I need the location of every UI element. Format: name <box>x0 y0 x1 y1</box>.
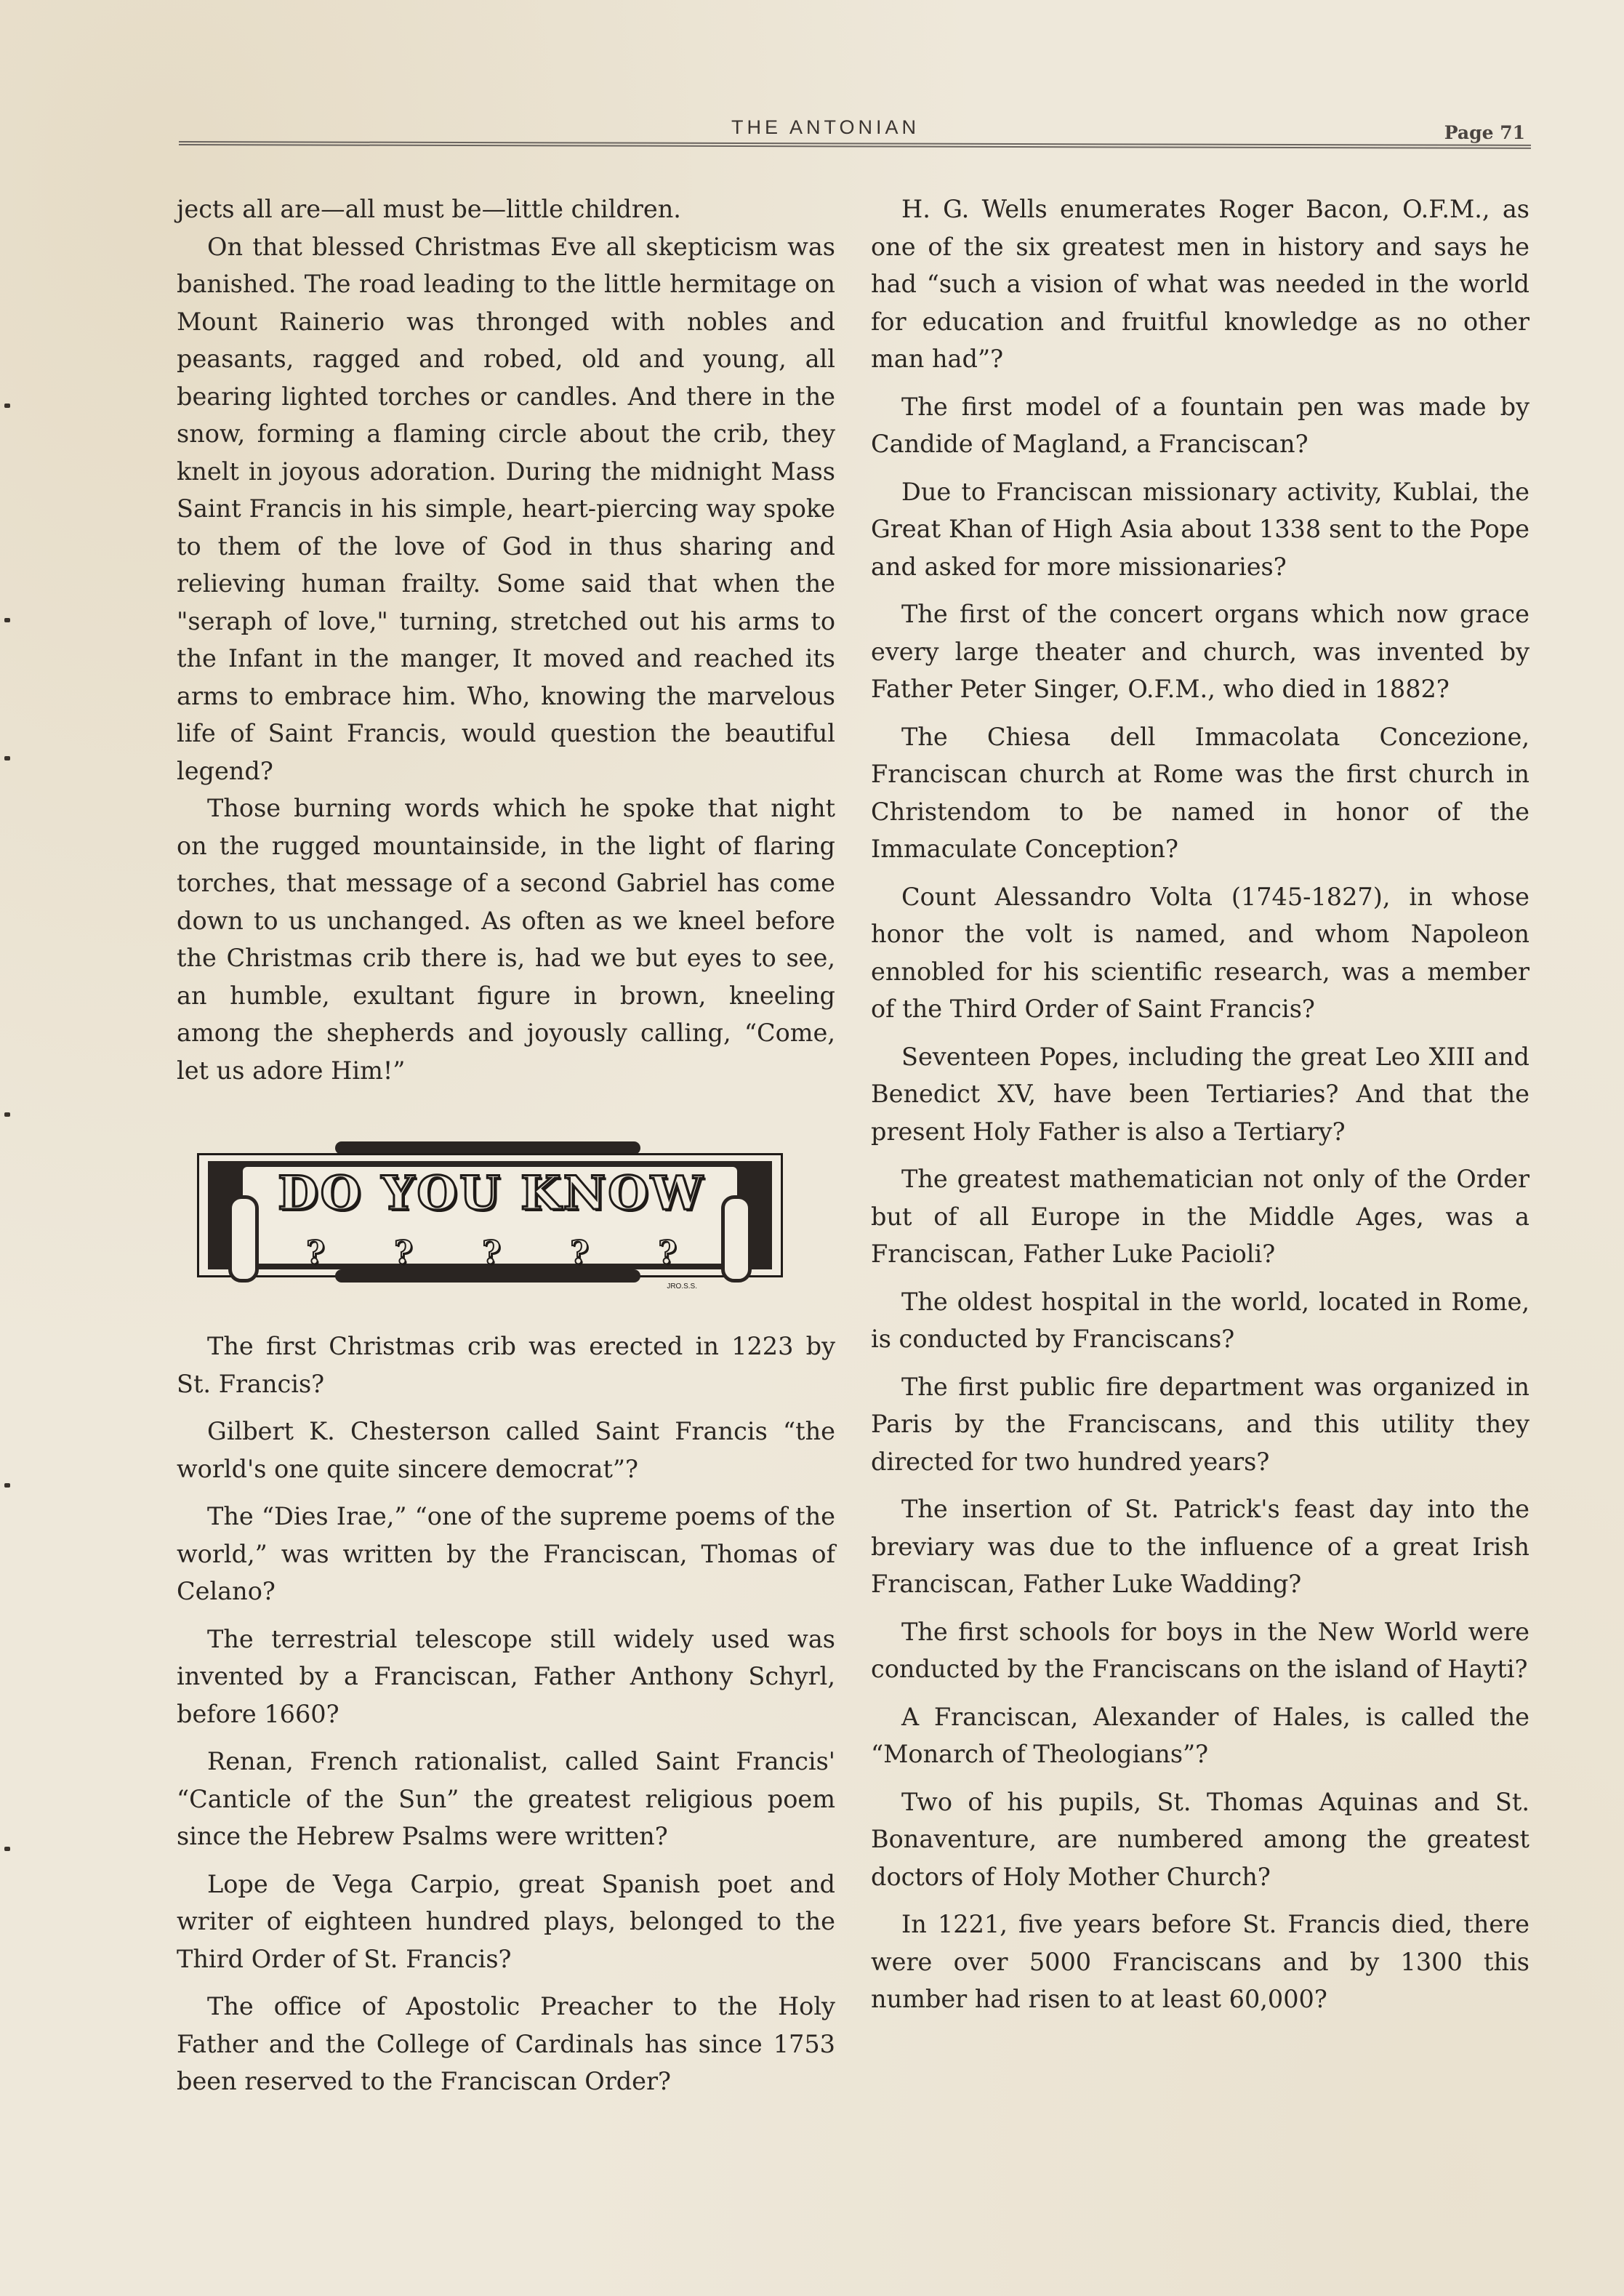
article-paragraph: jects all are—all must be—little childre… <box>177 190 835 228</box>
article-paragraph: On that blessed Christmas Eve all skepti… <box>177 228 835 790</box>
fact-item: The first schools for boys in the New Wo… <box>871 1613 1529 1688</box>
fact-item: The first model of a fountain pen was ma… <box>871 388 1529 463</box>
fact-item: The insertion of St. Patrick's feast day… <box>871 1490 1529 1603</box>
fact-item: The first of the concert organs which no… <box>871 595 1529 708</box>
fact-item: Seventeen Popes, including the great Leo… <box>871 1038 1529 1151</box>
question-mark-icon: ? <box>570 1235 589 1272</box>
question-mark-icon: ? <box>394 1235 413 1272</box>
running-header: THE ANTONIAN Page 71 <box>179 116 1532 153</box>
binding-mark <box>4 1483 10 1488</box>
question-mark-icon: ? <box>658 1235 677 1272</box>
binding-mark <box>4 404 10 408</box>
fact-item: The oldest hospital in the world, locate… <box>871 1283 1529 1358</box>
fact-item: Count Alessandro Volta (1745-1827), in w… <box>871 878 1529 1028</box>
binding-mark <box>4 1112 10 1117</box>
binding-mark <box>4 756 10 760</box>
binding-mark <box>4 1847 10 1851</box>
binding-mark <box>4 618 10 622</box>
article-paragraph: Those burning words which he spoke that … <box>177 790 835 1089</box>
banner-title: DO YOU KNOW <box>190 1175 793 1213</box>
fact-item: Renan, French rationalist, called Saint … <box>177 1743 835 1855</box>
fact-item: A Franciscan, Alexander of Hales, is cal… <box>871 1698 1529 1773</box>
question-mark-icon: ? <box>306 1235 325 1272</box>
fact-item: H. G. Wells enumerates Roger Bacon, O.F.… <box>871 190 1529 378</box>
fact-item: Two of his pupils, St. Thomas Aquinas an… <box>871 1783 1529 1896</box>
page-number: Page 71 <box>1444 122 1525 143</box>
left-column: jects all are—all must be—little childre… <box>177 190 835 2111</box>
fact-item: Gilbert K. Chesterson called Saint Franc… <box>177 1413 835 1488</box>
fact-item: Lope de Vega Carpio, great Spanish poet … <box>177 1866 835 1978</box>
fact-item: The greatest mathematician not only of t… <box>871 1160 1529 1273</box>
fact-item: Due to Franciscan missionary activity, K… <box>871 473 1529 586</box>
question-marks: ? ? ? ? ? <box>306 1235 677 1272</box>
artist-signature: JRO.S.S. <box>667 1268 697 1306</box>
journal-title: THE ANTONIAN <box>731 116 920 139</box>
header-double-rule <box>179 141 1531 146</box>
fact-item: The Chiesa dell Immacolata Concezione, F… <box>871 718 1529 868</box>
article-continuation: jects all are—all must be—little childre… <box>177 190 835 1089</box>
fact-item: In 1221, five years before St. Francis d… <box>871 1906 1529 2018</box>
fact-item: The terrestrial telescope still widely u… <box>177 1621 835 1733</box>
fact-item: The “Dies Irae,” “one of the supreme poe… <box>177 1498 835 1610</box>
question-mark-icon: ? <box>482 1235 501 1272</box>
facts-list-left: The first Christmas crib was erected in … <box>177 1328 835 2100</box>
fact-item: The office of Apostolic Preacher to the … <box>177 1988 835 2100</box>
fact-item: The first public fire department was org… <box>871 1368 1529 1481</box>
right-column: H. G. Wells enumerates Roger Bacon, O.F.… <box>871 190 1529 2028</box>
do-you-know-banner: DO YOU KNOW ? ? ? ? ? JRO.S.S. <box>190 1131 793 1291</box>
fact-item: The first Christmas crib was erected in … <box>177 1328 835 1402</box>
